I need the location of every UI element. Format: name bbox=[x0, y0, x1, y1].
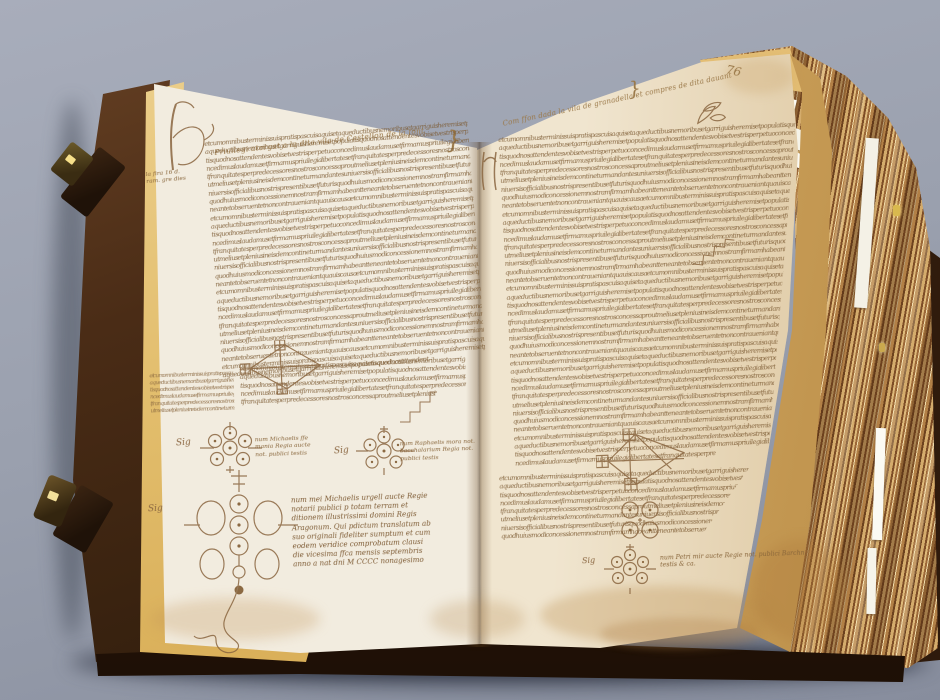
notarial-rosette-1 bbox=[200, 422, 262, 474]
notary-sig-label: Sig bbox=[148, 504, 163, 515]
sig2-caption: num Raphaelis mora not. bacchalarium Reg… bbox=[400, 439, 481, 464]
sig-label-1: Sig bbox=[176, 437, 191, 448]
sig-label-right-bottom: Sig bbox=[582, 556, 596, 566]
notarial-kite-diagram-left bbox=[239, 338, 327, 397]
right-main-text: et cum omnibus terminis suis pratis pasc… bbox=[498, 120, 813, 467]
left-main-text: et cum omnibus terminis suis pratis pasc… bbox=[204, 119, 486, 380]
brass-catch-glint bbox=[879, 343, 885, 352]
notarial-rosette-bottom bbox=[604, 544, 656, 594]
manuscript-photo-scene: Priuilegi atorgat a la dita vila de Cast… bbox=[0, 0, 940, 700]
brass-catch-glint bbox=[893, 205, 900, 216]
notary-caption: num mei Michaelis urgell aucte Regie not… bbox=[291, 489, 488, 569]
bookmark-slip bbox=[866, 548, 876, 614]
step-doodle-right bbox=[690, 234, 735, 270]
left-sub-margin-notes: et cum omnibus terminis suis pratis pasc… bbox=[149, 371, 234, 416]
notarial-sign-large bbox=[182, 468, 300, 658]
notarial-kite-diagram-right bbox=[595, 426, 692, 491]
notarial-rosette-small-right bbox=[618, 498, 662, 542]
stain-gutter-bottom bbox=[430, 600, 525, 638]
sig1-caption: num Michaelis ffe mania Regia aucte not.… bbox=[255, 435, 332, 460]
folio-number: 76 bbox=[725, 63, 743, 80]
right-heading-bracket: } bbox=[626, 75, 642, 101]
stain-right-bottom2 bbox=[600, 618, 760, 650]
step-doodle-left bbox=[398, 386, 438, 424]
sig-label-2: Sig bbox=[334, 445, 349, 456]
